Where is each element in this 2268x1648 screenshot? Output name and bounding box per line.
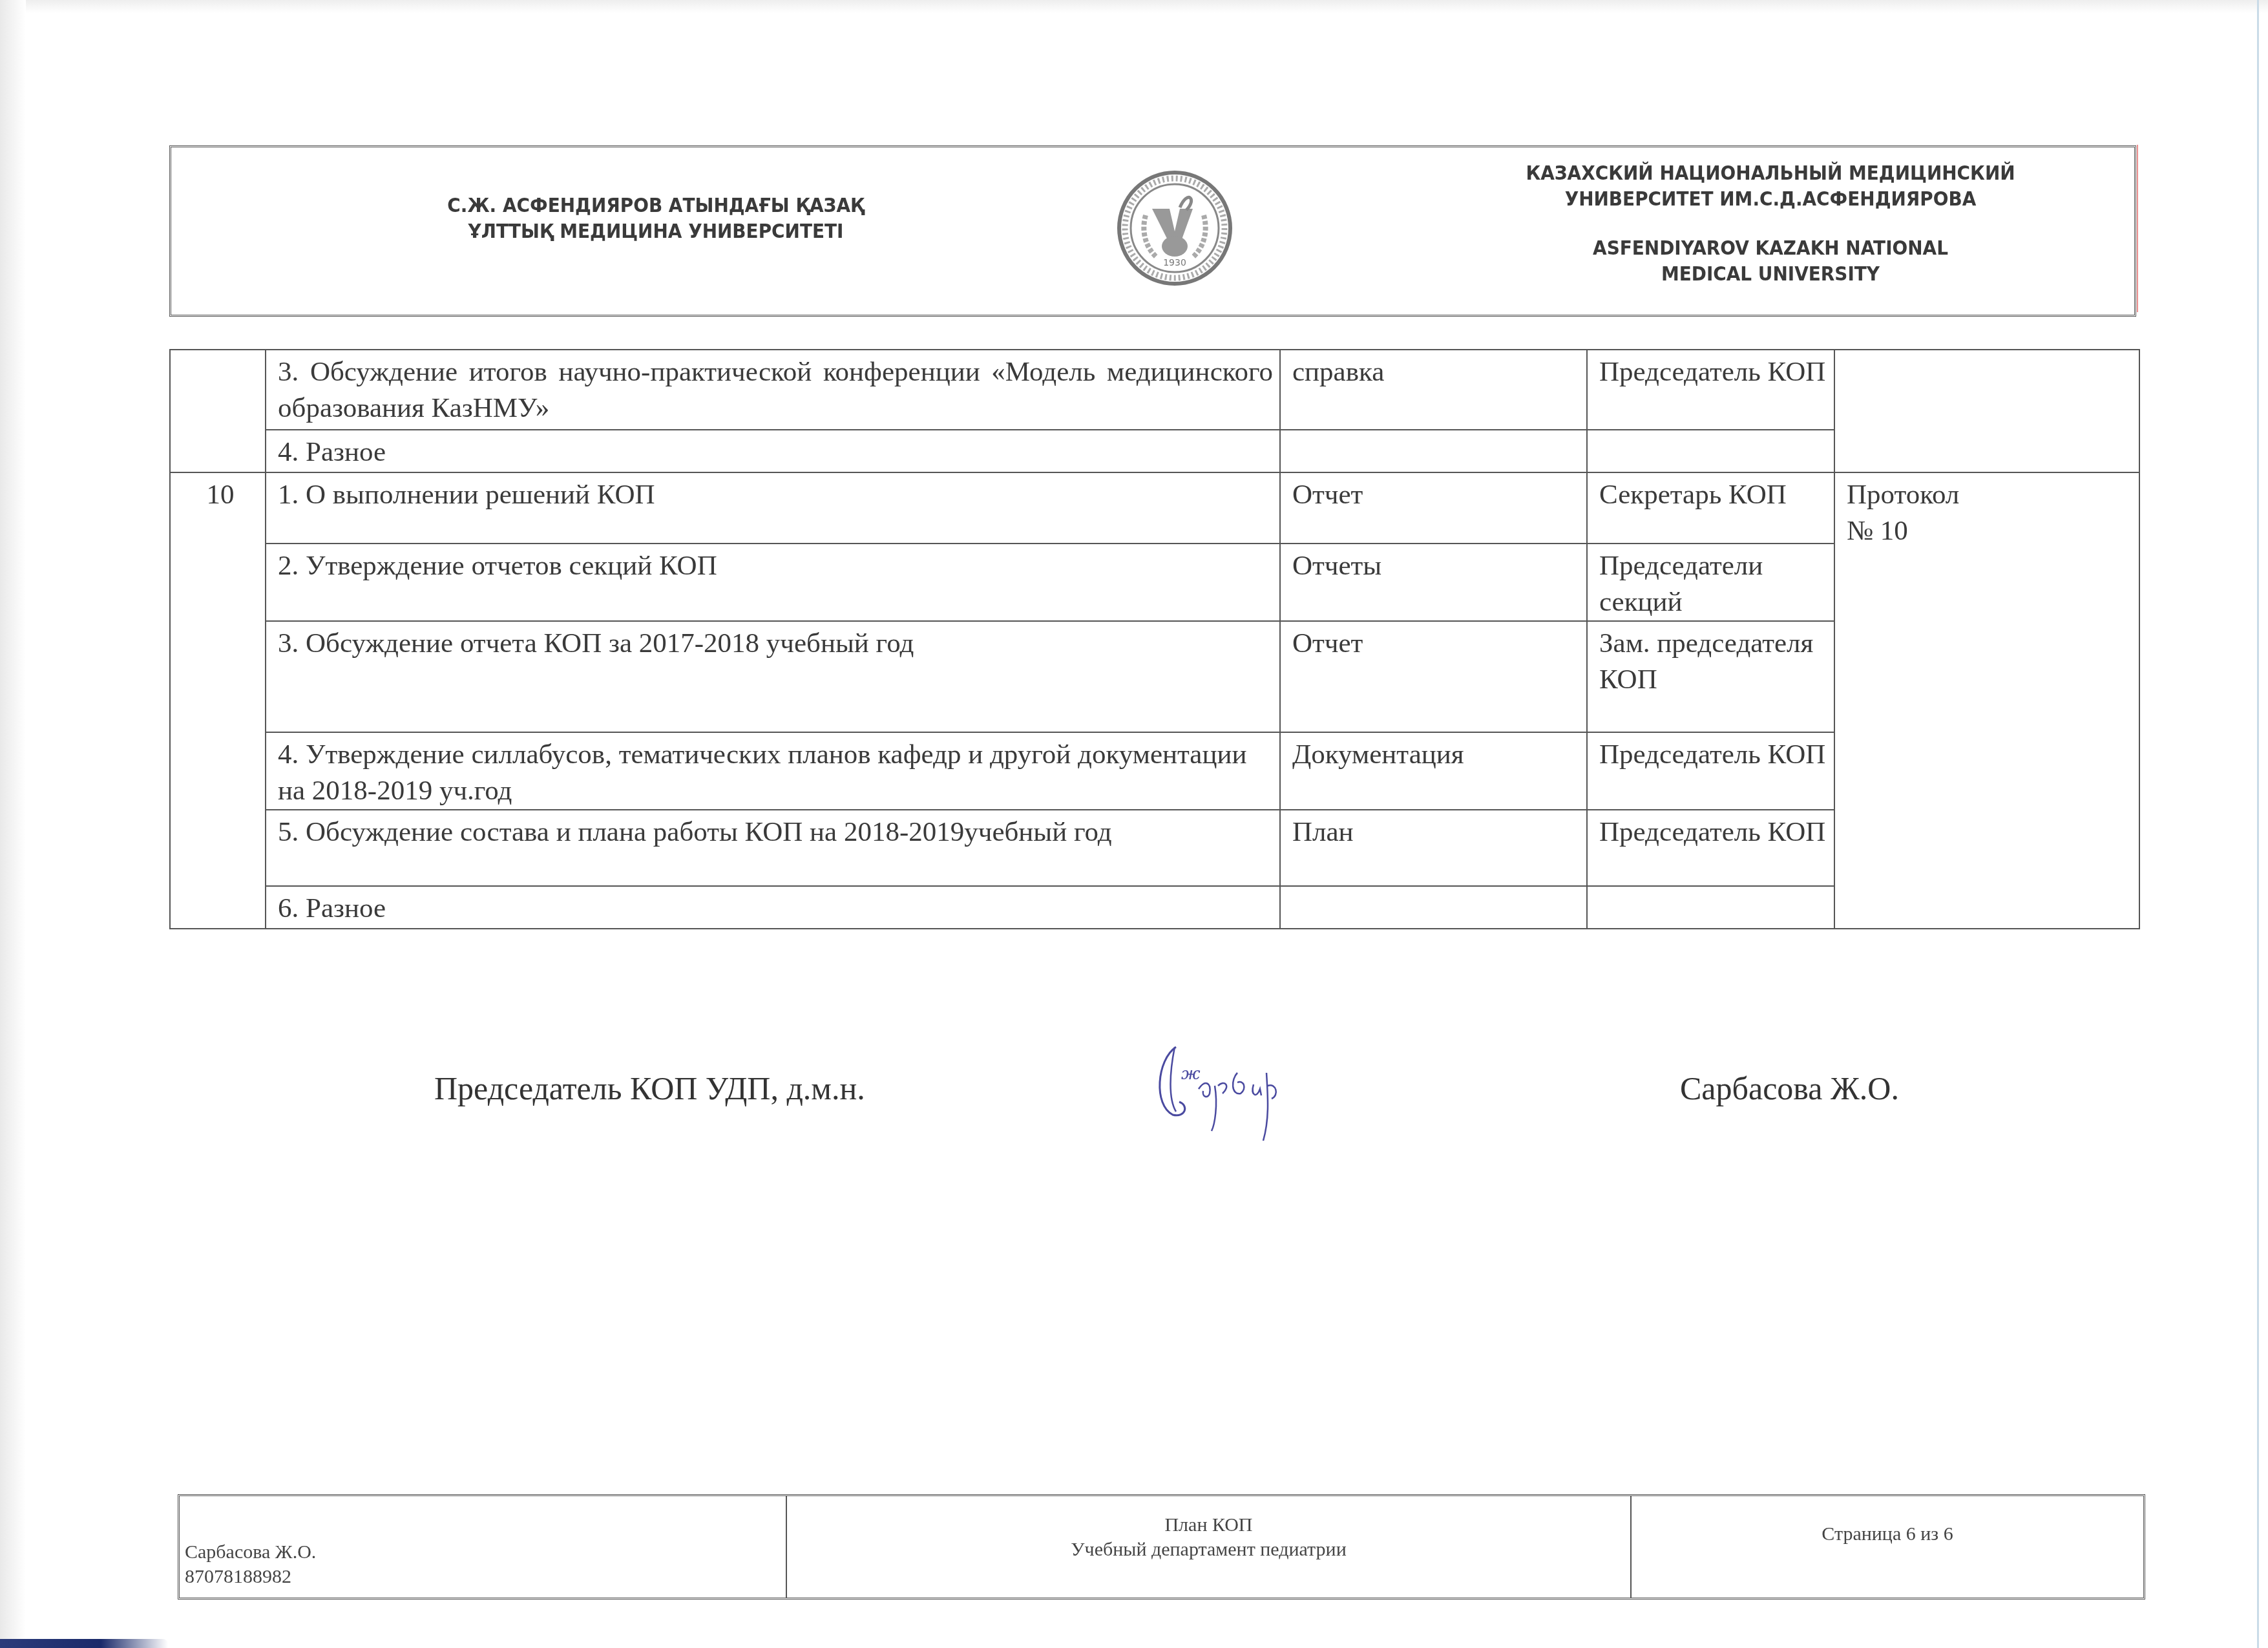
- scan-edge-right: [2257, 0, 2259, 1648]
- responsible: Председатель КОП: [1587, 810, 1834, 886]
- page-number: Страница 6 из 6: [1632, 1522, 2143, 1547]
- header-english-line1: ASFENDIYAROV KAZAKH NATIONAL: [1436, 235, 2105, 261]
- report-form: справка: [1280, 350, 1587, 430]
- document-cell: [1834, 350, 2139, 472]
- agenda-item: 6. Разное: [266, 886, 1280, 929]
- protocol-label: Протокол: [1847, 477, 2132, 513]
- agenda-item: 4. Разное: [266, 430, 1280, 472]
- meeting-number-cell: [170, 350, 266, 472]
- header-russian-line1: КАЗАХСКИЙ НАЦИОНАЛЬНЫЙ МЕДИЦИНСКИЙ: [1436, 160, 2105, 186]
- university-seal-icon: 1930: [1117, 170, 1233, 286]
- header-russian-english-name: КАЗАХСКИЙ НАЦИОНАЛЬНЫЙ МЕДИЦИНСКИЙ УНИВЕ…: [1436, 160, 2105, 287]
- header-kazakh-line1: С.Ж. АСФЕНДИЯРОВ АТЫНДАҒЫ ҚАЗАҚ: [220, 193, 1092, 218]
- work-plan-table: 3. Обсуждение итогов научно-практической…: [169, 349, 2140, 929]
- responsible: Секретарь КОП: [1587, 472, 1834, 544]
- scan-artifact: [0, 1639, 168, 1648]
- footer-department: Учебный департамент педиатрии: [787, 1537, 1630, 1562]
- footer-author-cell: Сарбасова Ж.О. 87078188982: [180, 1496, 787, 1598]
- agenda-item: 3. Обсуждение итогов научно-практической…: [266, 350, 1280, 430]
- report-form: [1280, 886, 1587, 929]
- handwritten-signature-icon: ж: [1150, 1034, 1325, 1144]
- report-form: Отчет: [1280, 621, 1587, 732]
- footer-doc-title: План КОП: [787, 1513, 1630, 1537]
- responsible: Председатель КОП: [1587, 350, 1834, 430]
- report-form: [1280, 430, 1587, 472]
- agenda-item: 4. Утверждение силлабусов, тематических …: [266, 732, 1280, 810]
- header-kazakh-name: С.Ж. АСФЕНДИЯРОВ АТЫНДАҒЫ ҚАЗАҚ ҰЛТТЫҚ М…: [220, 193, 1092, 244]
- header-kazakh-line2: ҰЛТТЫҚ МЕДИЦИНА УНИВЕРСИТЕТІ: [220, 218, 1092, 244]
- agenda-item: 2. Утверждение отчетов секций КОП: [266, 544, 1280, 621]
- footer-phone: 87078188982: [185, 1565, 786, 1589]
- responsible: Председатели секций: [1587, 544, 1834, 621]
- responsible: [1587, 886, 1834, 929]
- protocol-number: № 10: [1847, 513, 2132, 549]
- report-form: План: [1280, 810, 1587, 886]
- footer-title-cell: План КОП Учебный департамент педиатрии: [787, 1496, 1632, 1598]
- svg-text:ж: ж: [1181, 1064, 1201, 1084]
- meeting-number: 10: [170, 472, 266, 929]
- header-russian-line2: УНИВЕРСИТЕТ ИМ.С.Д.АСФЕНДИЯРОВА: [1436, 186, 2105, 212]
- table-row: 10 1. О выполнении решений КОП Отчет Сек…: [170, 472, 2139, 544]
- svg-text:1930: 1930: [1163, 258, 1186, 268]
- responsible: Зам. председателя КОП: [1587, 621, 1834, 732]
- footer-author: Сарбасова Ж.О.: [185, 1540, 786, 1565]
- header-english-line2: MEDICAL UNIVERSITY: [1436, 261, 2105, 287]
- agenda-item: 3. Обсуждение отчета КОП за 2017-2018 уч…: [266, 621, 1280, 732]
- agenda-item: 5. Обсуждение состава и плана работы КОП…: [266, 810, 1280, 886]
- scan-edge-top: [0, 0, 2268, 13]
- protocol-document: Протокол № 10: [1834, 472, 2139, 929]
- report-form: Документация: [1280, 732, 1587, 810]
- scan-edge-left: [0, 0, 26, 1648]
- responsible: [1587, 430, 1834, 472]
- document-header: С.Ж. АСФЕНДИЯРОВ АТЫНДАҒЫ ҚАЗАҚ ҰЛТТЫҚ М…: [169, 145, 2136, 317]
- footer-page-cell: Страница 6 из 6: [1632, 1496, 2143, 1598]
- agenda-item: 1. О выполнении решений КОП: [266, 472, 1280, 544]
- report-form: Отчеты: [1280, 544, 1587, 621]
- responsible: Председатель КОП: [1587, 732, 1834, 810]
- table-row: 3. Обсуждение итогов научно-практической…: [170, 350, 2139, 430]
- signatory-name: Сарбасова Ж.О.: [1680, 1070, 1899, 1107]
- report-form: Отчет: [1280, 472, 1587, 544]
- signatory-title: Председатель КОП УДП, д.м.н.: [434, 1070, 865, 1107]
- document-footer: Сарбасова Ж.О. 87078188982 План КОП Учеб…: [178, 1494, 2145, 1600]
